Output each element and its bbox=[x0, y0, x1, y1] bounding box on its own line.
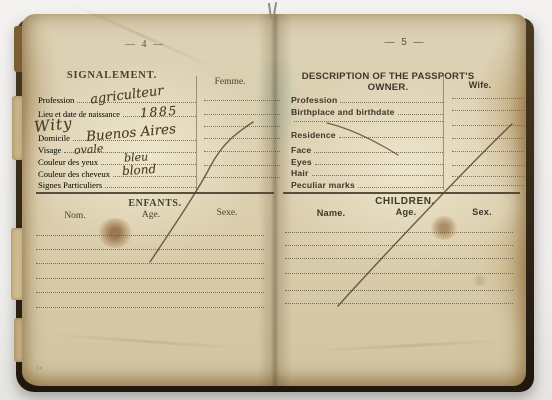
children-title: CHILDREN. bbox=[367, 196, 443, 207]
enfants-title: ENFANTS. bbox=[122, 198, 188, 209]
wife-line bbox=[452, 138, 524, 139]
field-row-peculiar-marks: Peculiar marks bbox=[291, 176, 443, 190]
handwriting-cheveux: blond bbox=[122, 162, 157, 178]
children-row-line bbox=[285, 232, 513, 233]
passport-photo: — 4 — SIGNALEMENT. Femme. Profession Lie… bbox=[0, 0, 552, 400]
children-row-line bbox=[36, 263, 264, 264]
field-row-residence: Residence bbox=[291, 126, 443, 140]
ink-stain bbox=[430, 216, 458, 240]
wife-line bbox=[452, 165, 524, 166]
column-separator bbox=[443, 74, 444, 190]
wife-column-label: Wife. bbox=[454, 80, 506, 90]
left-page-number: — 4 — bbox=[115, 39, 175, 50]
wife-line bbox=[452, 110, 524, 111]
dotted-line bbox=[339, 126, 443, 138]
field-label: Signes Particuliers bbox=[38, 180, 105, 190]
children-row-line bbox=[36, 278, 264, 279]
children-col-age: Age. bbox=[382, 207, 430, 217]
corner-mark: 1a bbox=[36, 366, 43, 371]
spine-fold bbox=[258, 14, 292, 386]
right-page-number: — 5 — bbox=[375, 37, 435, 48]
children-row-line bbox=[285, 303, 513, 304]
field-label: Residence bbox=[291, 130, 339, 140]
left-page-title: SIGNALEMENT. bbox=[57, 70, 167, 81]
paper-crease bbox=[68, 2, 215, 70]
field-row-continuation bbox=[291, 110, 443, 124]
children-col-sex: Sex. bbox=[458, 207, 506, 217]
dotted-line bbox=[105, 176, 196, 188]
children-row-line bbox=[36, 235, 264, 236]
dotted-line bbox=[358, 176, 443, 188]
enfants-col-sexe: Sexe. bbox=[200, 208, 254, 218]
enfants-col-nom: Nom. bbox=[50, 211, 100, 221]
field-label: Peculiar marks bbox=[291, 180, 358, 190]
dotted-line bbox=[294, 110, 443, 122]
section-divider bbox=[36, 192, 274, 194]
open-pages: — 4 — SIGNALEMENT. Femme. Profession Lie… bbox=[22, 14, 526, 386]
field-row-signes: Signes Particuliers bbox=[38, 176, 196, 190]
children-col-name: Name. bbox=[306, 208, 356, 218]
children-row-line bbox=[285, 245, 513, 246]
section-divider bbox=[283, 192, 520, 194]
handwriting-visage: ovale bbox=[74, 142, 104, 157]
handwriting-birthdate: 1885 bbox=[140, 103, 179, 121]
wife-line bbox=[452, 176, 524, 177]
children-row-line bbox=[36, 292, 264, 293]
wife-line bbox=[452, 151, 524, 152]
enfants-col-age: Age. bbox=[126, 210, 176, 220]
children-row-line bbox=[285, 258, 513, 259]
paper-crease bbox=[52, 333, 242, 349]
children-row-line bbox=[36, 307, 264, 308]
children-row-line bbox=[285, 290, 513, 291]
wife-line bbox=[452, 125, 524, 126]
dotted-line bbox=[312, 164, 443, 176]
children-row-line bbox=[36, 249, 264, 250]
femme-column-label: Femme. bbox=[203, 77, 257, 87]
field-label: Profession bbox=[38, 95, 77, 105]
column-separator bbox=[196, 76, 197, 190]
ink-stain bbox=[98, 218, 132, 248]
dotted-line bbox=[340, 91, 443, 103]
paper-crease bbox=[312, 339, 512, 352]
wife-line bbox=[452, 98, 524, 99]
ink-stain bbox=[472, 274, 488, 287]
dotted-line bbox=[314, 141, 443, 153]
wife-line bbox=[452, 185, 524, 186]
